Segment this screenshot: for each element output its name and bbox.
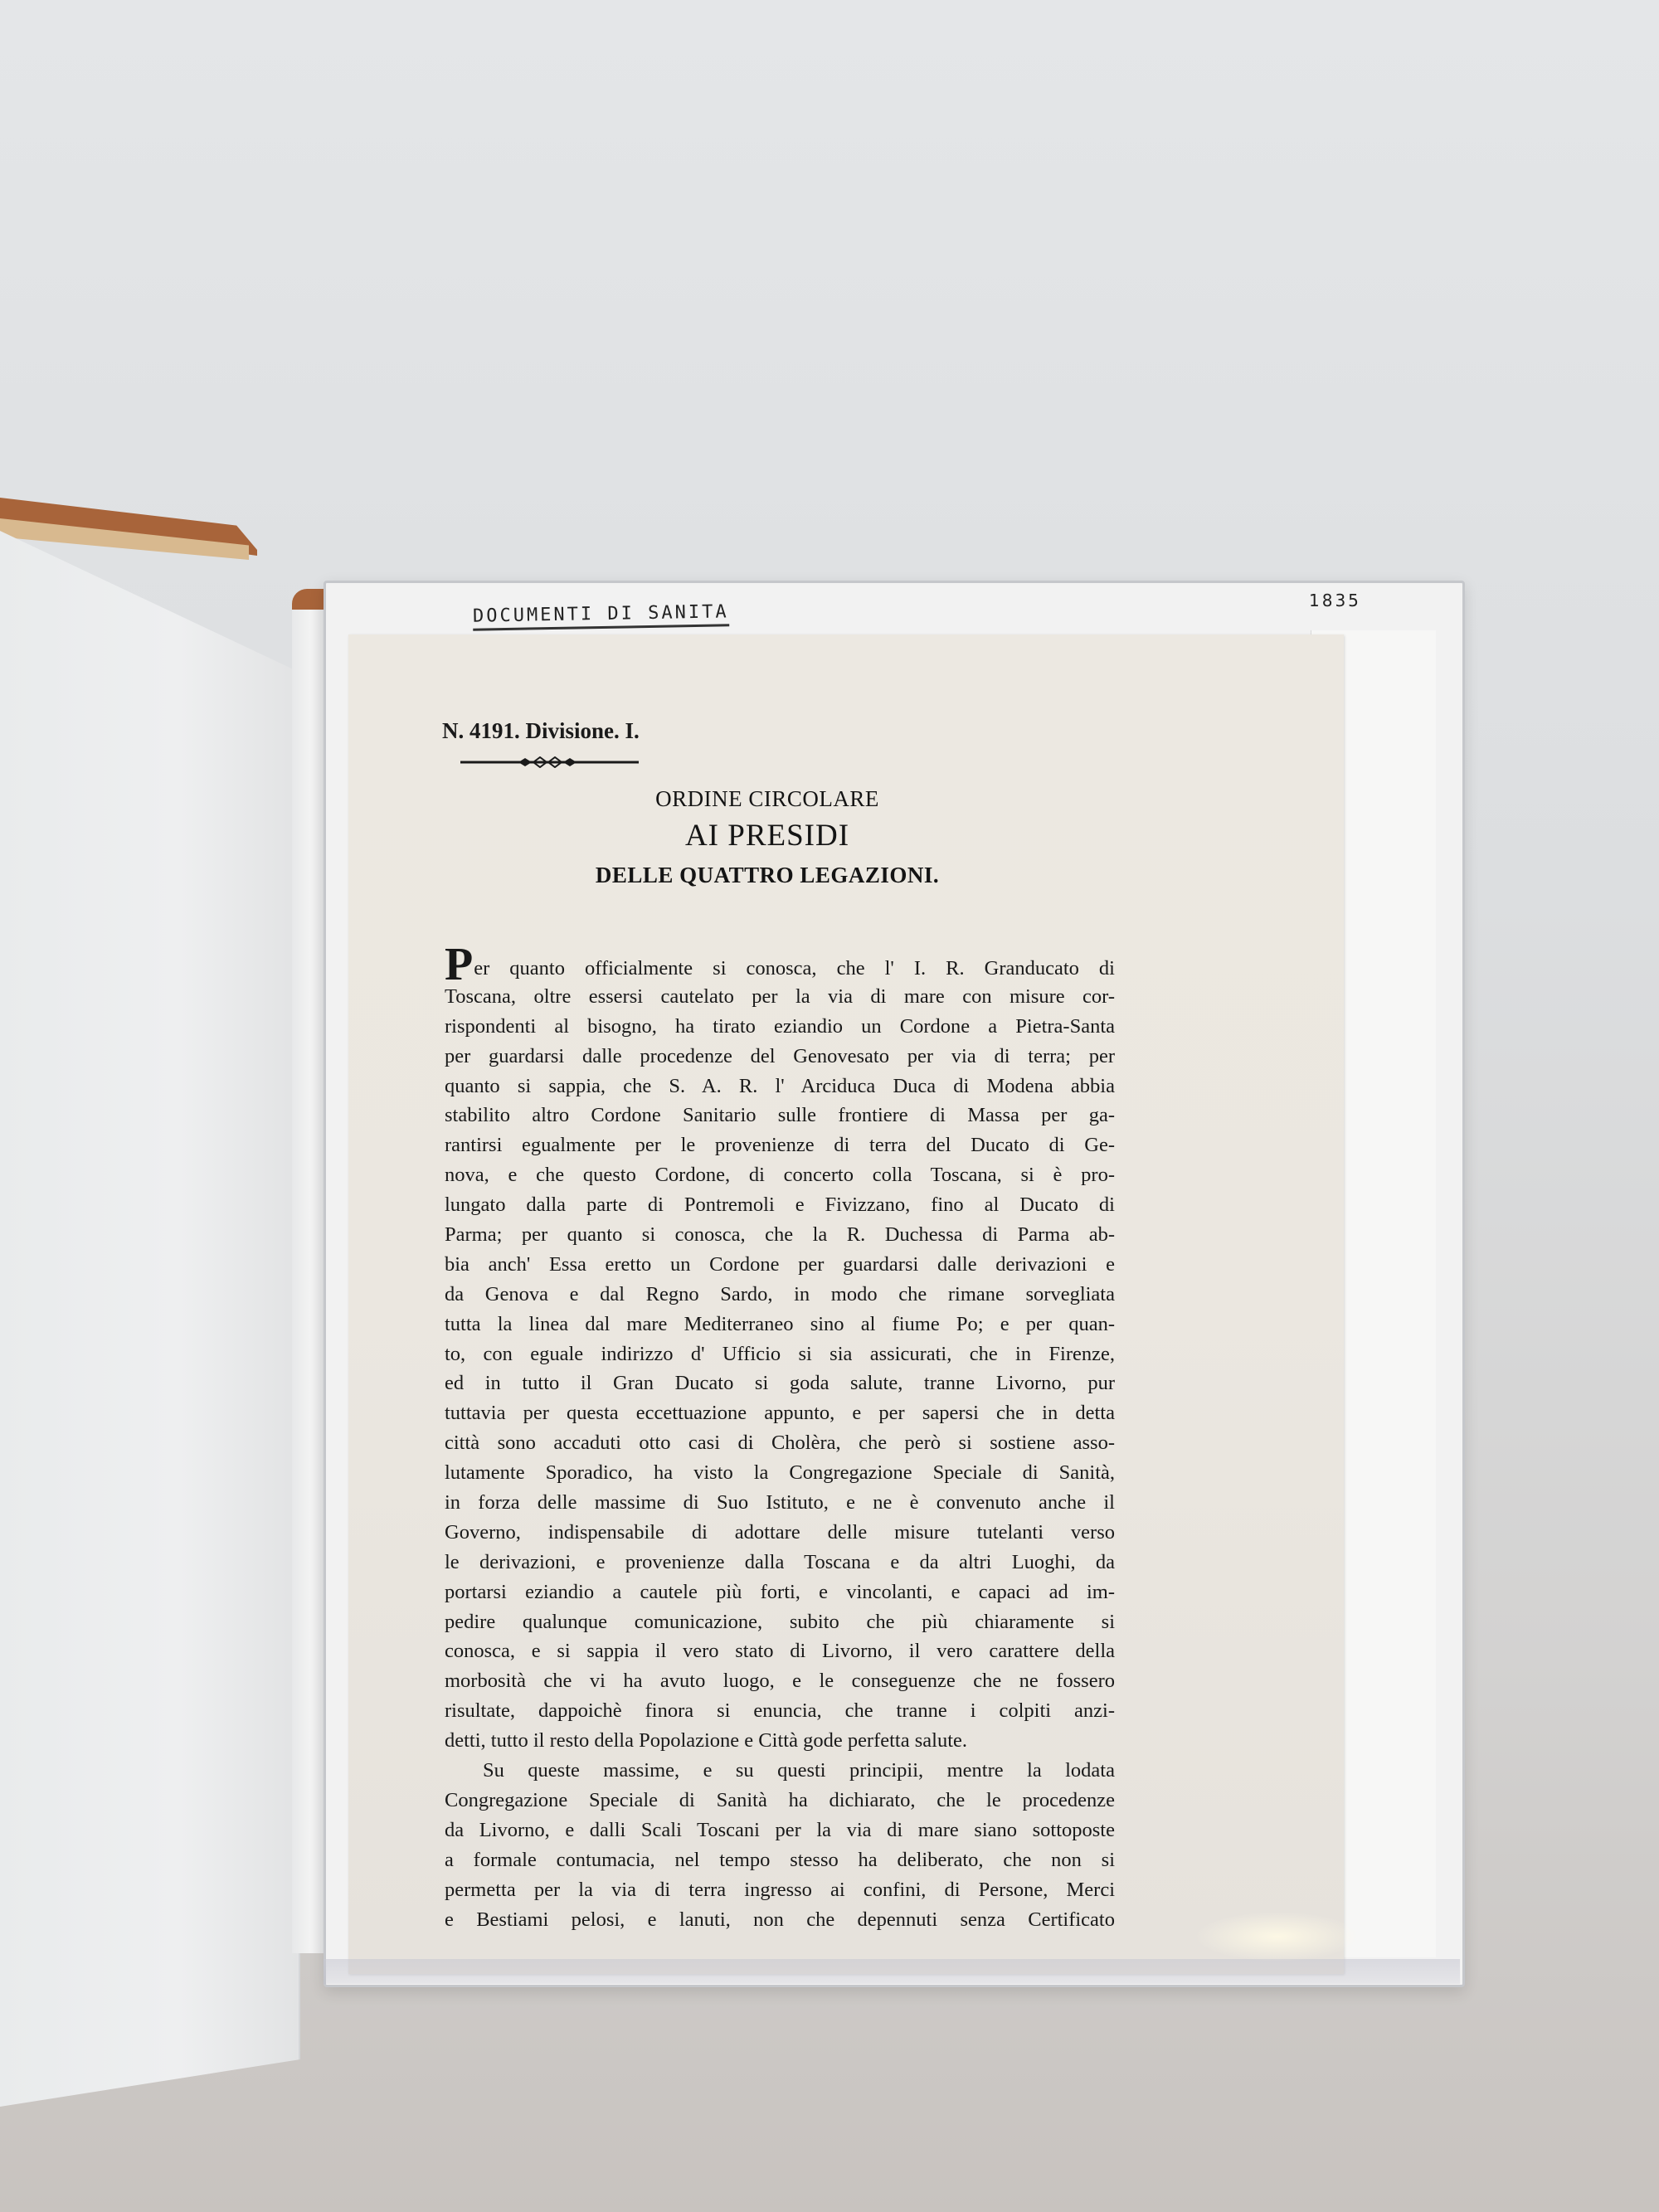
title-legazioni: DELLE QUATTRO LEGAZIONI. — [431, 863, 1103, 888]
body-line: to, con eguale indirizzo d' Ufficio si s… — [445, 1339, 1115, 1369]
body-line: per guardarsi dalle procedenze del Genov… — [445, 1042, 1115, 1072]
body-line: le derivazioni, e provenienze dalla Tosc… — [445, 1548, 1115, 1578]
body-line: risultate, dappoichè finora si enuncia, … — [445, 1696, 1115, 1726]
body-line: tutta la linea dal mare Mediterraneo sin… — [445, 1310, 1115, 1339]
body-line: Su queste massime, e su questi principii… — [445, 1756, 1115, 1786]
body-line: stabilito altro Cordone Sanitario sulle … — [445, 1101, 1115, 1130]
body-line: Governo, indispensabile di adottare dell… — [445, 1518, 1115, 1548]
body-line: Parma; per quanto si conosca, che la R. … — [445, 1220, 1115, 1250]
body-line: nova, e che questo Cordone, di concerto … — [445, 1160, 1115, 1190]
body-line: in forza delle massime di Suo Istituto, … — [445, 1488, 1115, 1518]
title-ai-presidi: AI PRESIDI — [431, 818, 1103, 853]
body-line: morbosità che vi ha avuto luogo, e le co… — [445, 1666, 1115, 1696]
body-line: a formale contumacia, nel tempo stesso h… — [445, 1845, 1115, 1875]
body-line: lungato dalla parte di Pontremoli e Fivi… — [445, 1190, 1115, 1220]
body-line: pedire qualunque comunicazione, subito c… — [445, 1607, 1115, 1637]
sleeve-bottom-edge — [324, 1959, 1460, 1984]
body-line: ed in tutto il Gran Ducato si goda salut… — [445, 1369, 1115, 1398]
binder-left-cover — [0, 531, 300, 2107]
body-line: Per quanto officialmente si conosca, che… — [445, 952, 1115, 982]
body-line: bia anch' Essa eretto un Cordone per gua… — [445, 1250, 1115, 1280]
binder-label: DOCUMENTI DI SANITA — [473, 601, 729, 630]
body-line: e Bestiami pelosi, e lanuti, non che dep… — [445, 1905, 1115, 1935]
body-line: quanto si sappia, che S. A. R. l' Arcidu… — [445, 1072, 1115, 1101]
body-line: conosca, e si sappia il vero stato di Li… — [445, 1636, 1115, 1666]
body-line: portarsi eziandio a cautele più forti, e… — [445, 1578, 1115, 1607]
binder-year: 1835 — [1309, 591, 1361, 610]
body-line: da Livorno, e dalli Scali Toscani per la… — [445, 1816, 1115, 1845]
body-line: permetta per la via di terra ingresso ai… — [445, 1875, 1115, 1905]
ornament-rule-icon — [460, 756, 639, 768]
document-number: N. 4191. Divisione. I. — [442, 718, 640, 744]
body-line: città sono accaduti otto casi di Cholèra… — [445, 1428, 1115, 1458]
body-line: rantirsi egualmente per le provenienze d… — [445, 1130, 1115, 1160]
title-ordine-circolare: ORDINE CIRCOLARE — [431, 786, 1103, 812]
document-body: Per quanto officialmente si conosca, che… — [445, 952, 1115, 1934]
body-line: detti, tutto il resto della Popolazione … — [445, 1726, 1115, 1756]
body-line: da Genova e dal Regno Sardo, in modo che… — [445, 1280, 1115, 1310]
body-line: Toscana, oltre essersi cautelato per la … — [445, 982, 1115, 1012]
body-line: Congregazione Speciale di Sanità ha dich… — [445, 1786, 1115, 1816]
sleeve-glare — [1194, 1912, 1360, 1962]
body-line: tuttavia per questa eccettuazione appunt… — [445, 1398, 1115, 1428]
body-line: lutamente Sporadico, ha visto la Congreg… — [445, 1458, 1115, 1488]
body-line: rispondenti al bisogno, ha tirato eziand… — [445, 1012, 1115, 1042]
